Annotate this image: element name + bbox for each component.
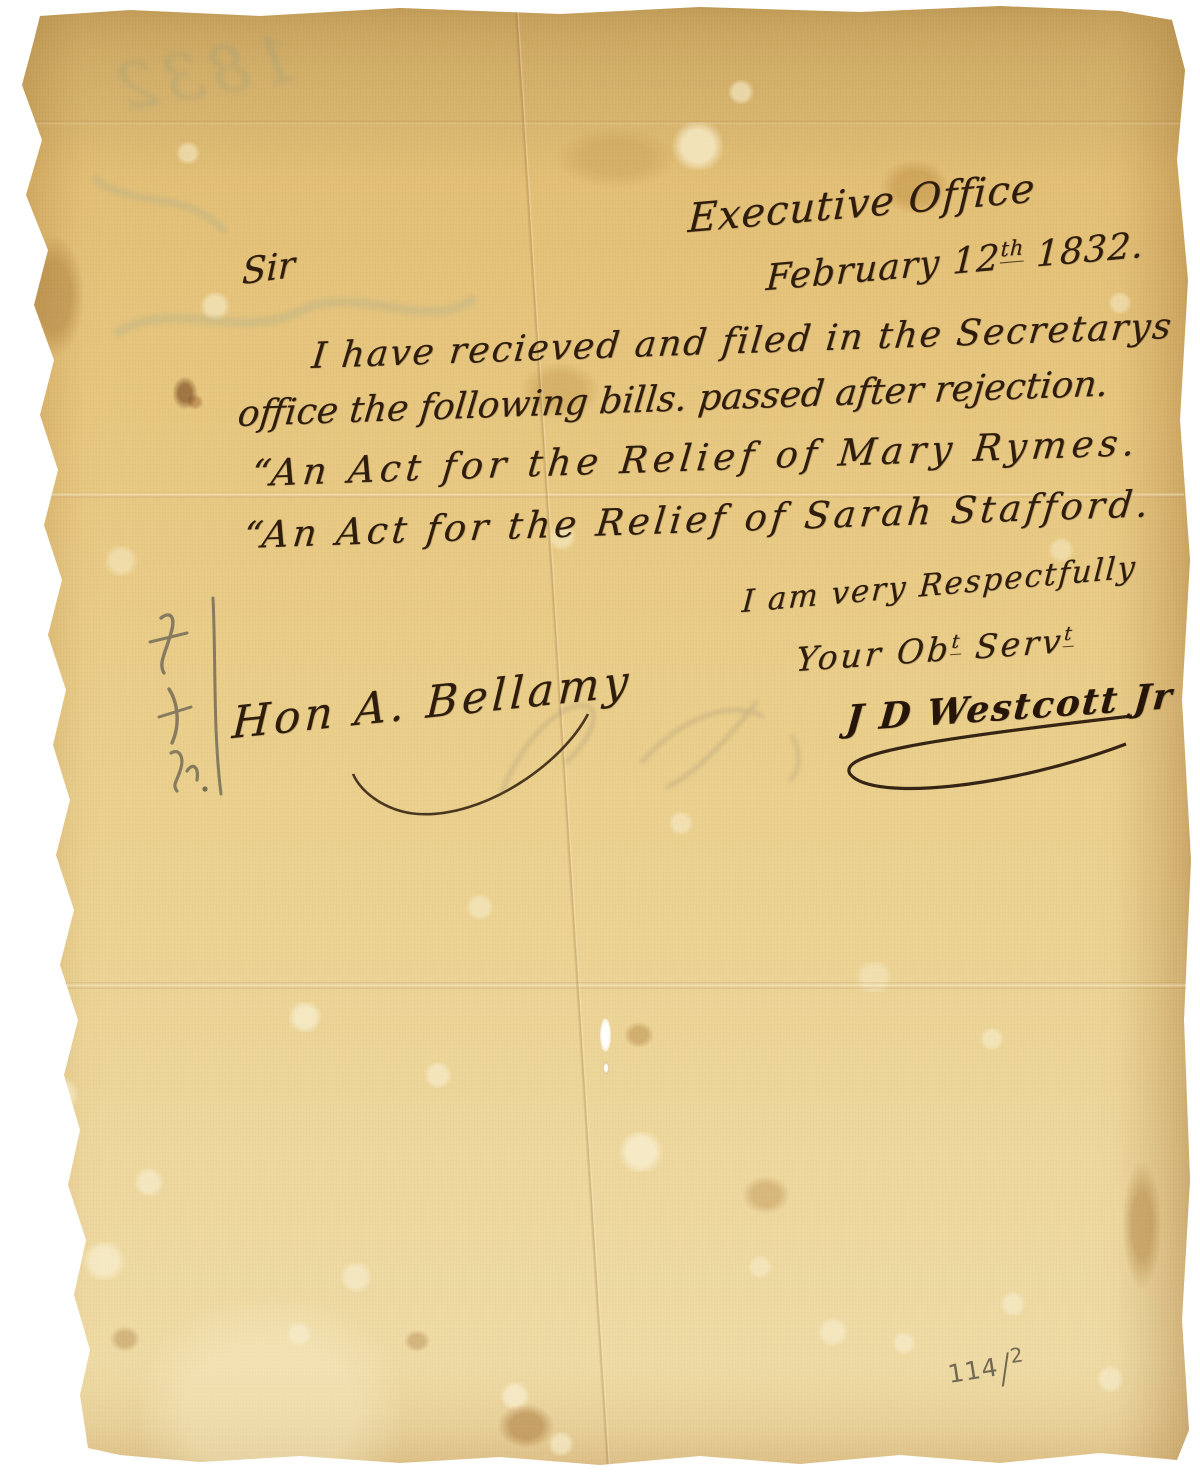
paper-stains [0,0,1200,1477]
date-superscript: th [1000,235,1025,263]
closing-superscript-2: t [1063,621,1076,647]
fold-crease-lower [36,982,1186,989]
archival-number-numerator: 114 [946,1352,1001,1389]
fold-hole-small [603,1062,609,1074]
letter-paper: 1832 Executive Office February 12th 1832… [0,0,1200,1477]
salutation: Sir [241,244,295,293]
scanned-letter-page: 1832 Executive Office February 12th 1832… [0,0,1200,1477]
closing-text-2: Serv [960,621,1065,667]
fold-hole [600,1018,611,1052]
fold-crease-top [30,120,1180,125]
